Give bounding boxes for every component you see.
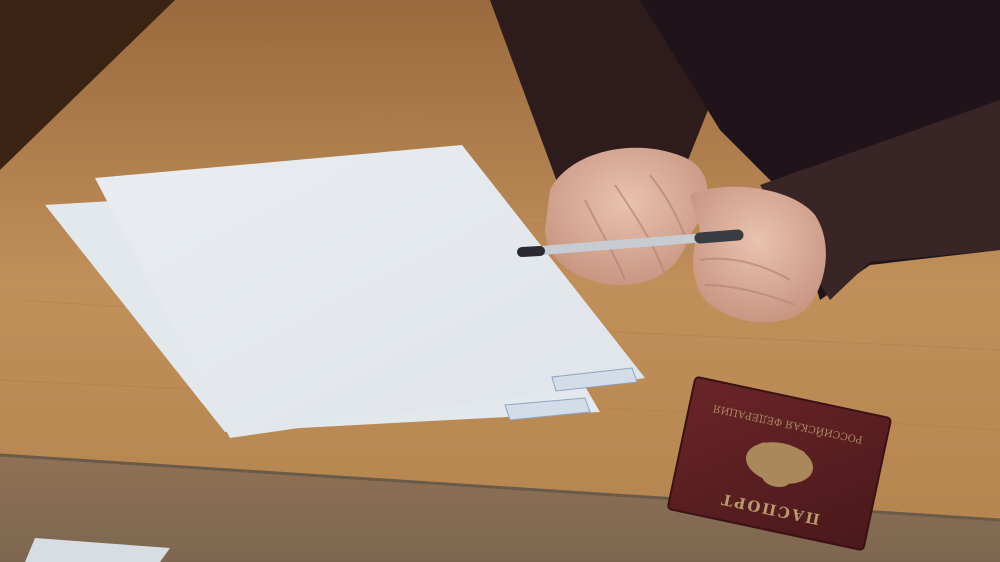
photo-scene: ПАСПОРТ РОССИЙСКАЯ ФЕДЕРАЦИЯ Hands holdi… [0,0,1000,562]
right-hand [690,187,826,323]
photo-illustration: ПАСПОРТ РОССИЙСКАЯ ФЕДЕРАЦИЯ [0,0,1000,562]
